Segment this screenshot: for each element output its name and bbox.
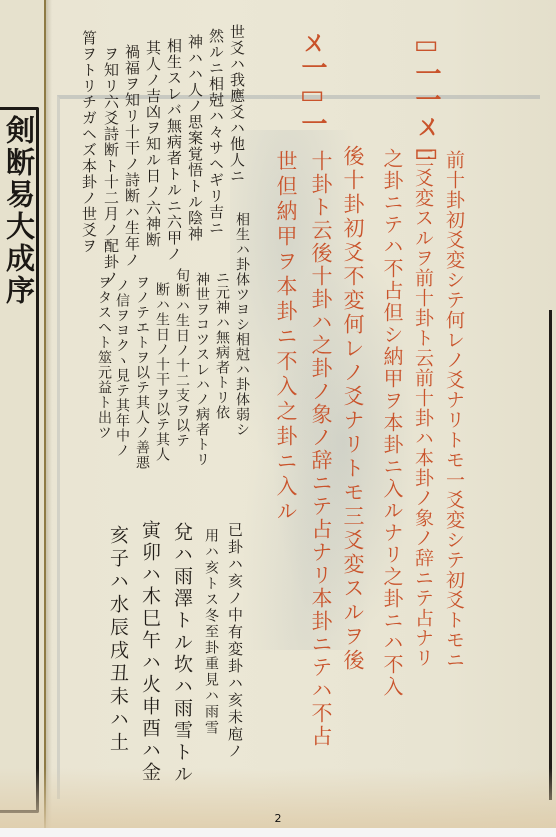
black-note-7: ヲ知リ六爻詩断ト十二月ノ配卦ノ	[102, 46, 119, 286]
black-note-lower-4: 旬断ハ生日ノ十二支ヲ以テ	[174, 268, 190, 448]
scanned-page: 剣断易大成序 ▭一一ㄨ▭ ㄨ一▭一 前十卦初爻変シテ何レノ爻ナリトモ一爻変シテ初…	[0, 0, 556, 828]
red-column-1: 前十卦初爻変シテ何レノ爻ナリトモ一爻変シテ初爻トモニ	[443, 150, 465, 670]
red-column-3: 之卦ニテハ不占但シ納甲ヲ本卦ニ入ルナリ之卦ニハ不入	[381, 148, 403, 698]
page-number: 2	[0, 812, 556, 825]
hexagram-label-left: ㄨ一▭一	[300, 28, 324, 136]
black-note-lower-5: 断ハ生日ノ十干ヲ以テ其人	[154, 282, 170, 462]
black-bottom-3: 兌ハ雨澤トル坎ハ雨雪トル	[172, 522, 192, 786]
black-note-2: 然ルニ相尅ハ々サヘギリ吉ニ	[207, 28, 224, 236]
black-note-lower-1: 相生ハ卦体ツヨシ相尅ハ卦体弱シ	[234, 212, 250, 437]
right-page-border	[549, 310, 552, 800]
red-column-6: 世但納甲ヲ本卦ニ不入之卦ニ入ル	[275, 150, 297, 525]
black-note-8: 筲ヲトリチガヘズ本卦ノ世爻ヲ	[80, 30, 97, 254]
black-bottom-1: 已卦ハ亥ノ中有変卦ハ亥未庖ノ	[226, 522, 243, 760]
black-note-5: 其人ノ吉凶ヲ知ル日ノ六神断	[144, 40, 161, 248]
red-column-5: 十卦ト云後十卦ハ之卦ノ象ノ辞ニテ占ナリ本卦ニテハ不占	[310, 150, 332, 748]
red-column-2: 三爻変スルヲ前十卦ト云前十卦ハ本卦ノ象ノ辞ニテ占ナリ	[412, 148, 434, 668]
black-bottom-4: 寅卯ハ木巳午ハ火申酉ハ金	[140, 520, 160, 784]
black-note-3: 神ハハ人ノ思案覚悟トル陰神	[186, 34, 203, 242]
black-note-lower-2: ニ元神ハ無病者トリ依	[214, 270, 230, 420]
book-title: 剣断易大成序	[4, 115, 34, 307]
black-note-lower-7: ノ信ヲヨクヽ見テ其年中ノ	[114, 278, 130, 458]
document-viewer: 剣断易大成序 ▭一一ㄨ▭ ㄨ一▭一 前十卦初爻変シテ何レノ爻ナリトモ一爻変シテ初…	[0, 0, 556, 837]
viewer-bottom-bar	[0, 828, 556, 837]
black-note-lower-3: 神世ヲコツスレハノ病者トリ	[194, 272, 210, 467]
black-note-lower-6: ヲノテエトヲ以テ其人ノ善悪	[134, 275, 150, 470]
black-bottom-2: 用ハ亥トス冬至卦重見ハ雨雪	[203, 528, 219, 736]
spine-shadow	[46, 0, 52, 828]
black-bottom-5: 亥子ハ水辰戌丑未ハ土	[108, 525, 128, 755]
black-note-1: 世爻ハ我應爻ハ他人ニ	[228, 24, 245, 184]
black-note-lower-8: ヲタスヘト筮元益ト出ツ	[96, 275, 112, 440]
red-column-4: 後十卦初爻不変何レノ爻ナリトモ三爻変スルヲ後	[342, 145, 364, 673]
black-note-4: 相生スレバ無病者トルニ六甲ノ	[165, 38, 182, 262]
black-note-6: 禍福ヲ知リ十干ノ詩断ハ生年ノ	[123, 44, 140, 268]
